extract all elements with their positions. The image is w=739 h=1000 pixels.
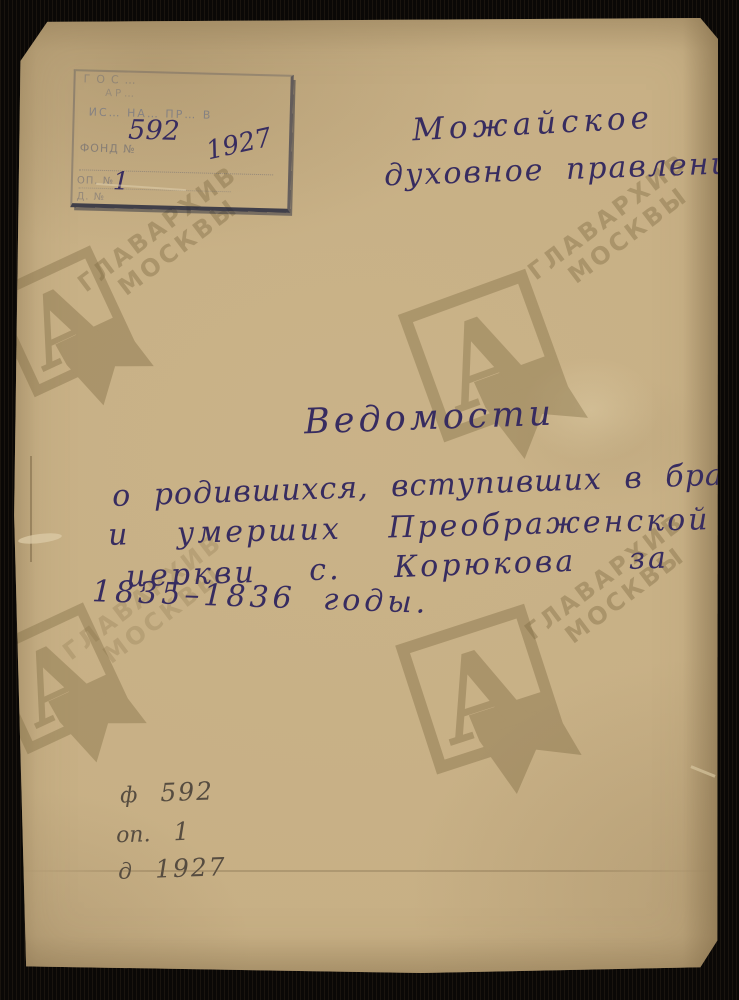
archive-ref-delo-value: 1927: [155, 852, 228, 883]
archive-ref-opis-label: оп.: [116, 822, 151, 848]
archive-ref-fond: ф 592: [120, 776, 215, 808]
archive-stamp: ГОС… АР… ИС… НА… ПР… В ФОНД № 592 1927 О…: [70, 69, 294, 213]
archive-ref-delo-label: д: [118, 859, 133, 884]
logo-letter: А: [0, 613, 117, 750]
paper-crease-right-edge: [690, 765, 715, 778]
paper-crease-left: [30, 456, 32, 562]
header-inscription-line1: Можайское: [411, 100, 655, 149]
stamp-faded-line2: АР…: [105, 88, 137, 100]
archive-ref-fond-label: ф: [120, 783, 138, 809]
paper-crease-bottom: [12, 870, 718, 872]
archive-ref-opis-value: 1: [173, 817, 192, 847]
stamp-fond-value: 592: [128, 115, 180, 147]
logo-letter: А: [4, 256, 124, 393]
paper-sheet: ГЛАВАРХИВ МОСКВЫ ГЛАВАРХИВ МОСКВЫ ГЛАВАР…: [12, 18, 718, 974]
document-title: Ведомости: [303, 394, 555, 443]
scanned-document-page: ГЛАВАРХИВ МОСКВЫ ГЛАВАРХИВ МОСКВЫ ГЛАВАР…: [0, 0, 739, 1000]
logo-letter: А: [417, 615, 548, 772]
watermark-line2: МОСКВЫ: [563, 170, 709, 289]
paper-tear-left-edge: [18, 531, 63, 545]
stamp-op-value: 1: [113, 166, 130, 195]
stamp-delo-label: Д. №: [76, 191, 105, 203]
header-inscription-line2: духовное правление: [384, 146, 739, 194]
stamp-faded-line1: ГОС…: [83, 72, 141, 87]
archive-logo-watermark-top-left: А: [0, 233, 173, 450]
archive-ref-fond-value: 592: [160, 776, 215, 807]
archive-logo-watermark-bottom-center: А: [384, 590, 600, 837]
archive-logo-watermark-bottom-left: А: [0, 590, 166, 807]
archive-ref-delo: д 1927: [118, 852, 228, 885]
archive-ref-opis: оп. 1: [116, 817, 192, 849]
